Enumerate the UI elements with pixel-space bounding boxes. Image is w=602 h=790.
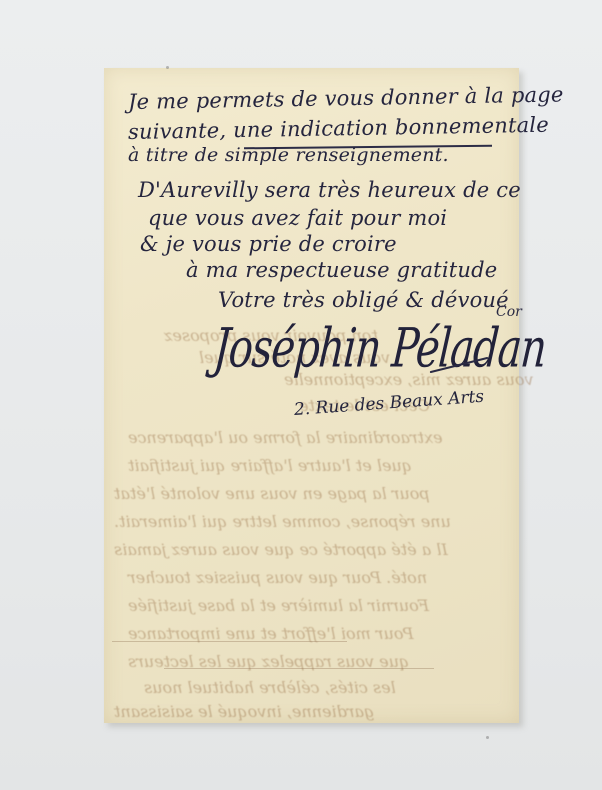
letter-line: à ma respectueuse gratitude [186, 258, 497, 282]
signature: Joséphin Péladan [212, 318, 548, 380]
paper-speck [486, 736, 489, 739]
bleed-through-line: extraordinaire la forme ou l'apparence [128, 428, 443, 447]
bleed-through-rule [112, 641, 347, 642]
bleed-through-line: pour la page en vous une volonté l'état [114, 484, 430, 503]
bleed-through-line: les cités, célèbre habituel nous [144, 678, 396, 697]
bleed-through-line: une réponse, comme lettre qui l'aimerait… [114, 512, 451, 531]
bleed-through-line: gardienne, invoqué le saisissant [114, 702, 374, 721]
bleed-through-rule [164, 668, 434, 669]
paper-speck [166, 66, 169, 69]
bleed-through-line: Fournir la lumière et la base justifiée [128, 596, 429, 615]
bleed-through-line: Il a été apporté ce que vous aurez jamai… [114, 540, 448, 559]
letter-line: Votre très obligé & dévoué [218, 288, 509, 312]
letter-line: suivante, une indication bonnementale [128, 113, 549, 144]
letter-sheet: ton pouvoir vous proposez vous avez noté… [104, 68, 519, 723]
letter-line: Je me permets de vous donner à la page [128, 82, 564, 114]
letter-line: D'Aurevilly sera très heureux de ce [138, 178, 521, 202]
letter-line: & je vous prie de croire [140, 232, 397, 256]
bleed-through-line: noté. Pour que vous puissiez toucher [128, 568, 427, 587]
letter-line: que vous avez fait pour moi [148, 206, 447, 230]
letter-line: à titre de simple renseignement. [128, 144, 449, 166]
margin-note: Cor [496, 304, 522, 320]
bleed-through-line: quel et l'autre l'affaire qui justifiait [128, 456, 412, 475]
